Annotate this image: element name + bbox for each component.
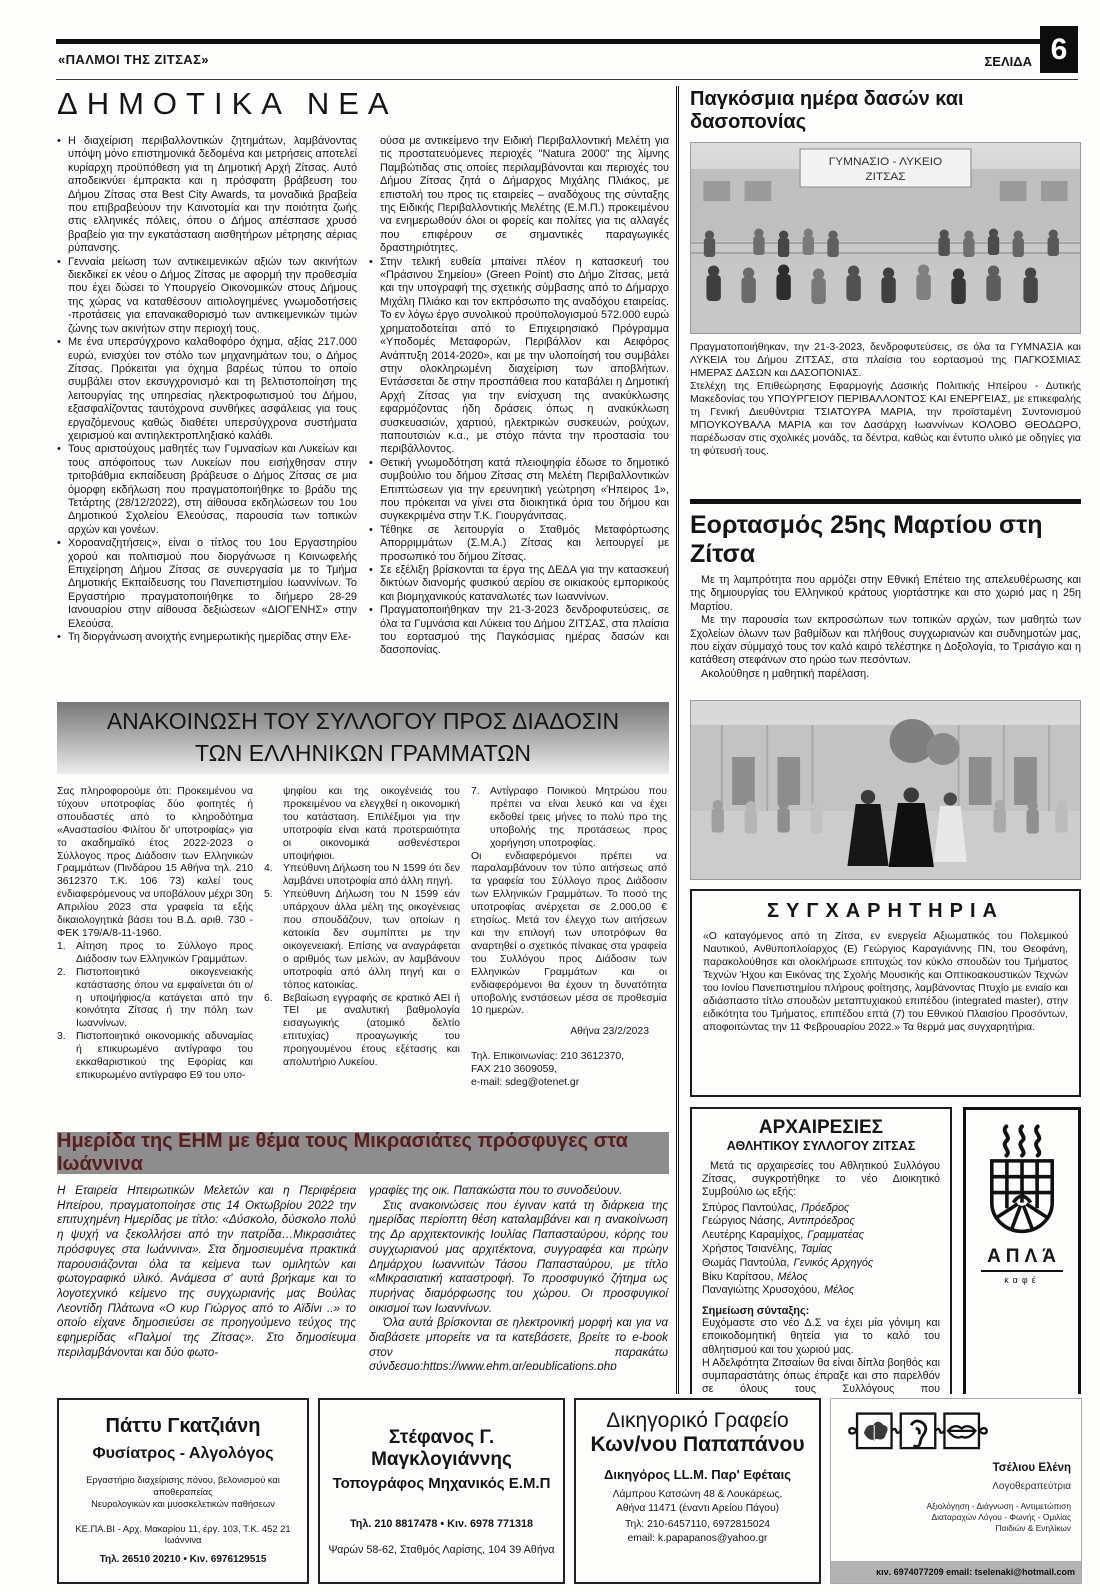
committee-member: Γεώργιος Νάσης,Αντιπρόεδρος: [702, 1215, 940, 1229]
list-number: 5.: [264, 889, 283, 992]
ad-papapanou-title: Δικηγόρος LL.M. Παρ' Εφέταις: [604, 1467, 791, 1482]
ehm-paragraph: Όλα αυτά βρίσκονται σε ηλεκτρονική μορφή…: [369, 1316, 668, 1370]
section-rule: [690, 499, 1081, 504]
ad-tseliou-name: Τσέλιου Ελένη: [841, 1462, 1071, 1474]
brain-icon: [864, 1422, 888, 1442]
elections-subtitle: ΑΘΛΗΤΙΚΟΥ ΣΥΛΛΟΓΟΥ ΖΙΤΣΑΣ: [702, 1139, 940, 1153]
march25-paragraph: Ακολούθησε η μαθητική παρέλαση.: [690, 668, 1081, 681]
bottom-boxes-row: ΑΡΧΑΙΡΕΣΙΕΣ ΑΘΛΗΤΙΚΟΥ ΣΥΛΛΟΓΟΥ ΖΙΤΣΑΣ Με…: [690, 1107, 1081, 1394]
ad-papapanou: Δικηγορικό Γραφείο Κων/νου Παπαπάνου Δικ…: [574, 1398, 821, 1584]
ehm-paragraph: Στις ανακοινώσεις που έγιναν κατά τη διά…: [369, 1199, 668, 1317]
ad-papapanou-line2: Κων/νου Παπαπάνου: [590, 1433, 804, 1457]
committee-member: Βίκυ Καρίτσου,Μέλος: [702, 1271, 940, 1285]
right-region: Παγκόσμια ημέρα δασών και δασοπονίας: [676, 86, 1081, 1394]
ad-papapanou-address: Λάμπρου Κατσώνη 48 & Λουκάρεως, Αθήνα 11…: [613, 1488, 783, 1516]
ad-tseliou-title: Λογοθεραπεύτρια: [841, 1481, 1071, 1492]
note-paragraph: Η Αδελφότητα Ζιτσαίων θα είναι δίπλα βοη…: [702, 1357, 940, 1394]
scholarship-column-1: Σας πληροφορούμε ότι: Προκειμένου να τύχ…: [57, 786, 253, 1124]
member-name: Θωμάς Παντούλα,: [702, 1257, 789, 1269]
ad-papapanou-phones: Τηλ: 210-6457110, 6972815024: [625, 1519, 770, 1530]
coffee-shield-icon: [986, 1158, 1058, 1240]
committee-list: Σπύρος Παντούλας,ΠρόεδροςΓεώργιος Νάσης,…: [702, 1202, 940, 1299]
ehm-paragraph: Η Εταιρεία Ηπειρωτικών Μελετών και η Περ…: [57, 1184, 356, 1360]
ad-tseliou: Τσέλιου Ελένη Λογοθεραπεύτρια Αξιολόγηση…: [830, 1398, 1082, 1584]
scholarship-paragraph: Αθήνα 23/2/2023: [471, 1026, 667, 1039]
forest-paragraph: Στελέχη της Επιθεώρησης Εφαρμογής Δασική…: [690, 380, 1081, 458]
ehm-column-1: Η Εταιρεία Ηπειρωτικών Μελετών και η Περ…: [57, 1184, 356, 1370]
congratulations-box: ΣΥΓΧΑΡΗΤΗΡΙΑ «Ο καταγόμενος από τη Ζίτσα…: [690, 889, 1081, 1097]
ehm-article: Η Εταιρεία Ηπειρωτικών Μελετών και η Περ…: [57, 1184, 669, 1370]
apla-name: ΑΠΛΆ: [981, 1246, 1063, 1272]
bullet-marker: •: [369, 524, 380, 564]
photo-sign-line2: ΖΙΤΣΑΣ: [865, 170, 905, 183]
member-name: Γεώργιος Νάσης,: [702, 1215, 784, 1227]
bullet-marker: •: [57, 135, 68, 256]
ad-magklogiannis-address: Ψαρών 58-62, Σταθμός Λαρίσης, 104 39 Αθή…: [329, 1544, 555, 1556]
ad-gatziani-title: Φυσίατρος - Αλγολόγος: [92, 1445, 273, 1463]
member-name: Λευτέρης Καραμίχος,: [702, 1229, 803, 1241]
page-header: «ΠΑΛΜΟΙ ΤΗΣ ΖΙΤΣΑΣ» ΣΕΛΙΔΑ 6: [56, 26, 1078, 82]
congratulations-title: ΣΥΓΧΑΡΗΤΗΡΙΑ: [703, 900, 1068, 923]
left-region: ΔΗΜΟΤΙΚΑ ΝΕΑ •Η διαχείριση περιβαλλοντικ…: [57, 86, 669, 1370]
scholarship-column-2: ψηφίου και της οικογένειάς του προκειμέν…: [264, 786, 460, 1124]
scholarship-paragraph: Τηλ. Επικοινωνίας: 210 3612370,: [471, 1051, 667, 1064]
ehm-column-2: γραφίες της οικ. Παπακώστα που το συνοδε…: [369, 1184, 668, 1370]
news-paragraph: •Πραγματοποιήθηκαν την 21-3-2023 δενδροφ…: [369, 604, 669, 658]
list-number: 1.: [57, 941, 76, 967]
bullet-marker: •: [369, 604, 380, 658]
header-rule-thick: [56, 39, 1078, 44]
scholarship-paragraph: e-mail: sdeg@otenet.gr: [471, 1077, 667, 1090]
scholarship-paragraph: 5.Υπεύθυνη Δήλωση του Ν 1599 εάν υπάρχου…: [264, 889, 460, 992]
ad-papapanou-email: email: k.papapanos@yahoo.gr: [628, 1533, 768, 1544]
dimotika-title: ΔΗΜΟΤΙΚΑ ΝΕΑ: [57, 86, 669, 122]
committee-member: Σπύρος Παντούλας,Πρόεδρος: [702, 1202, 940, 1216]
ad-tseliou-icons: [843, 1409, 993, 1460]
ad-gatziani-phones: Τηλ. 26510 20210 • Κιν. 6976129515: [100, 1554, 267, 1565]
bullet-marker: •: [57, 256, 68, 336]
school-group-photo: ΓΥΜΝΑΣΙΟ - ΛΥΚΕΙΟ ΖΙΤΣΑΣ: [690, 142, 1081, 334]
member-role: Γραμματέας: [807, 1229, 864, 1241]
ad-gatziani-address: ΚΕ.ΠΑ.ΒΙ - Αρχ. Μακαρίου 11, έργ. 103, Τ…: [59, 1523, 307, 1545]
committee-member: Λευτέρης Καραμίχος,Γραμματέας: [702, 1229, 940, 1243]
apla-subtitle: καφέ: [1004, 1275, 1039, 1285]
member-role: Αντιπρόεδρος: [788, 1215, 854, 1227]
member-name: Σπύρος Παντούλας,: [702, 1202, 797, 1214]
bullet-marker: •: [57, 336, 68, 443]
elections-box: ΑΡΧΑΙΡΕΣΙΕΣ ΑΘΛΗΤΙΚΟΥ ΣΥΛΛΟΓΟΥ ΖΙΤΣΑΣ Με…: [690, 1107, 952, 1394]
scholarship-paragraph: 4.Υπεύθυνη Δήλωση του Ν 1599 ότι δεν λαμ…: [264, 863, 460, 889]
news-paragraph: •Σε εξέλιξη βρίσκονται τα έργα της ΔΕΔΑ …: [369, 564, 669, 604]
list-number: 3.: [57, 1031, 76, 1083]
scholarship-paragraph: 6.Βεβαίωση εγγραφής σε κρατικό ΑΕΙ ή ΤΕΙ…: [264, 993, 460, 1070]
committee-member: Θωμάς Παντούλα,Γενικός Αρχηγός: [702, 1257, 940, 1271]
bullet-marker: •: [369, 457, 380, 524]
elections-title: ΑΡΧΑΙΡΕΣΙΕΣ: [702, 1117, 940, 1139]
member-name: Παναγιώτης Χρυσοχόου,: [702, 1284, 820, 1296]
page-label: ΣΕΛΙΔΑ: [985, 54, 1033, 69]
member-role: Μέλος: [777, 1271, 807, 1283]
newspaper-masthead: «ΠΑΛΜΟΙ ΤΗΣ ΖΙΤΣΑΣ»: [58, 52, 209, 67]
news-paragraph: •Η διαχείριση περιβαλλοντικών ζητημάτων,…: [57, 135, 357, 256]
member-role: Ταμίας: [801, 1243, 833, 1255]
scholarship-paragraph: 7.Αντίγραφο Ποινικού Μητρώου που πρέπει …: [471, 786, 667, 851]
bullet-marker: •: [57, 631, 68, 644]
list-number: 6.: [264, 993, 283, 1070]
parade-photo: [690, 700, 1081, 880]
march25-body: Με τη λαμπρότητα που αρμόζει στην Εθνική…: [690, 574, 1081, 694]
march25-paragraph: Με την παρουσία των εκπροσώπων των τοπικ…: [690, 614, 1081, 668]
scholarship-paragraph: Οι ενδιαφερόμενοι πρέπει να παραλαμβάνου…: [471, 851, 667, 1019]
ad-tseliou-services: Αξιολόγηση - Διάγνωση - Αντιμετώπιση Δια…: [841, 1501, 1071, 1534]
news-paragraph: •Τέθηκε σε λειτουργία ο Σταθμός Μεταφόρτ…: [369, 524, 669, 564]
ad-magklogiannis-name: Στέφανος Γ. Μαγκλογιάννης: [320, 1427, 563, 1471]
scholarship-banner-line2: ΤΩΝ ΕΛΛΗΝΙΚΩΝ ΓΡΑΜΜΑΤΩΝ: [57, 738, 669, 770]
editor-note-title: Σημείωση σύνταξης:: [702, 1305, 940, 1317]
elections-intro: Μετά τις αρχαιρεσίες του Αθλητικού Συλλό…: [702, 1160, 940, 1200]
ad-gatziani-name: Πάττυ Γκατζιάνη: [106, 1415, 261, 1438]
ad-papapanou-line1: Δικηγορικό Γραφείο: [606, 1409, 788, 1433]
bullet-marker: [369, 135, 380, 256]
editor-note: Ευχόμαστε στο νέο Δ.Σ να έχει μία γόνιμη…: [702, 1317, 940, 1394]
scholarship-paragraph: FAX 210 3609059,: [471, 1064, 667, 1077]
news-paragraph: •Χοροαναζητήσεις», είναι ο τίτλος του 1ο…: [57, 537, 357, 631]
march25-title: Εορτασμός 25ης Μαρτίου στη Ζίτσα: [690, 511, 1081, 569]
bullet-marker: •: [57, 537, 68, 631]
forest-day-title: Παγκόσμια ημέρα δασών και δασοπονίας: [690, 88, 1081, 134]
news-paragraph: •Τους αριστούχους μαθητές των Γυμνασίων …: [57, 443, 357, 537]
member-role: Πρόεδρος: [801, 1202, 849, 1214]
member-role: Μέλος: [824, 1284, 854, 1296]
ad-magklogiannis-title: Τοπογράφος Μηχανικός Ε.Μ.Π: [333, 1475, 551, 1492]
committee-member: Χρήστος Τσιανέλης,Ταμίας: [702, 1243, 940, 1257]
photo-sign-line1: ΓΥΜΝΑΣΙΟ - ΛΥΚΕΙΟ: [829, 155, 942, 168]
ad-magklogiannis-phones: Τηλ. 210 8817478 • Κιν. 6978 771318: [350, 1518, 533, 1530]
member-name: Χρήστος Τσιανέλης,: [702, 1243, 797, 1255]
news-paragraph: •Στην τελική ευθεία μπαίνει πλέον η κατα…: [369, 256, 669, 457]
scholarship-article: Σας πληροφορούμε ότι: Προκειμένου να τύχ…: [57, 786, 669, 1124]
scholarship-column-3: 7.Αντίγραφο Ποινικού Μητρώου που πρέπει …: [471, 786, 667, 1124]
ear-icon: [911, 1421, 926, 1446]
page-number-badge: 6: [1040, 26, 1078, 73]
dimotika-column-1: •Η διαχείριση περιβαλλοντικών ζητημάτων,…: [57, 135, 357, 693]
ad-tseliou-contact-bar: κιν. 6974077209 email: tselenaki@hotmail…: [831, 1561, 1081, 1583]
bullet-marker: •: [369, 256, 380, 457]
apla-cafe-ad: ΑΠΛΆ καφέ ΖΙΤΣΑ ΙΩΑΝΙΝΩΝ 26580 22388: [963, 1107, 1081, 1394]
note-paragraph: Ευχόμαστε στο νέο Δ.Σ να έχει μία γόνιμη…: [702, 1317, 940, 1357]
forest-day-body: Πραγματοποιήθηκαν, την 21-3-2023, δενδρο…: [690, 341, 1081, 491]
scholarship-paragraph: Σας πληροφορούμε ότι: Προκειμένου να τύχ…: [57, 786, 253, 941]
ehm-banner: Ημερίδα της ΕΗΜ με θέμα τους Μικρασιάτες…: [57, 1132, 669, 1174]
member-role: Γενικός Αρχηγός: [793, 1257, 873, 1269]
march25-paragraph: Με τη λαμπρότητα που αρμόζει στην Εθνική…: [690, 574, 1081, 614]
ehm-paragraph: γραφίες της οικ. Παπακώστα που το συνοδε…: [369, 1184, 668, 1199]
lips-icon: [948, 1426, 976, 1437]
committee-member: Παναγιώτης Χρυσοχόου,Μέλος: [702, 1284, 940, 1298]
list-number: 7.: [471, 786, 490, 851]
scholarship-paragraph: 2.Πιστοποιητικό οικογενειακής κατάστασης…: [57, 967, 253, 1032]
forest-paragraph: Πραγματοποιήθηκαν, την 21-3-2023, δενδρο…: [690, 341, 1081, 380]
member-name: Βίκυ Καρίτσου,: [702, 1271, 773, 1283]
congratulations-body: «Ο καταγόμενος από τη Ζίτσα, εν ενεργεία…: [703, 930, 1068, 1086]
bullet-marker: •: [369, 564, 380, 604]
news-paragraph: •Γενναία μείωση των αντικειμενικών αξιών…: [57, 256, 357, 336]
news-paragraph: •Με ένα υπερσύγχρονο καλαθοφόρο όχημα, α…: [57, 336, 357, 443]
news-paragraph: ούσα με αντικείμενο την Ειδική Περιβαλλο…: [369, 135, 669, 256]
list-number: 2.: [57, 967, 76, 1032]
bullet-marker: •: [57, 443, 68, 537]
scholarship-banner: ΑΝΑΚΟΙΝΩΣΗ ΤΟΥ ΣΥΛΛΟΓΟΥ ΠΡΟΣ ΔΙΑΔΟΣΙΝ ΤΩ…: [57, 702, 669, 774]
scholarship-paragraph: 3.Πιστοποιητικό οικονομικής αδυναμίας ή …: [57, 1031, 253, 1083]
steam-icon: [994, 1124, 1050, 1158]
news-paragraph: •Θετική γνωμοδότηση κατά πλειοψηφία έδωσ…: [369, 457, 669, 524]
news-paragraph: •Τη διοργάνωση ανοιχτής ενημερωτικής ημε…: [57, 631, 357, 644]
scholarship-paragraph: ψηφίου και της οικογένειάς του προκειμέν…: [264, 786, 460, 863]
list-number: [264, 786, 283, 863]
ad-magklogiannis: Στέφανος Γ. Μαγκλογιάννης Τοπογράφος Μηχ…: [318, 1398, 565, 1584]
scholarship-banner-line1: ΑΝΑΚΟΙΝΩΣΗ ΤΟΥ ΣΥΛΛΟΓΟΥ ΠΡΟΣ ΔΙΑΔΟΣΙΝ: [57, 706, 669, 738]
header-rule-thin: [56, 79, 1078, 80]
dimotika-article: •Η διαχείριση περιβαλλοντικών ζητημάτων,…: [57, 135, 669, 693]
scholarship-paragraph: 1.Αίτηση προς το Σύλλογο προς Διάδοσιν τ…: [57, 941, 253, 967]
list-number: 4.: [264, 863, 283, 889]
ad-gatziani: Πάττυ Γκατζιάνη Φυσίατρος - Αλγολόγος Ερ…: [57, 1398, 309, 1584]
dimotika-column-2: ούσα με αντικείμενο την Ειδική Περιβαλλο…: [369, 135, 669, 693]
ad-gatziani-desc: Εργαστήριο διαχείρισης πόνου, βελονισμού…: [59, 1474, 307, 1510]
priest-figures: [847, 788, 966, 868]
classified-ads-row: Πάττυ Γκατζιάνη Φυσίατρος - Αλγολόγος Ερ…: [57, 1398, 1084, 1584]
